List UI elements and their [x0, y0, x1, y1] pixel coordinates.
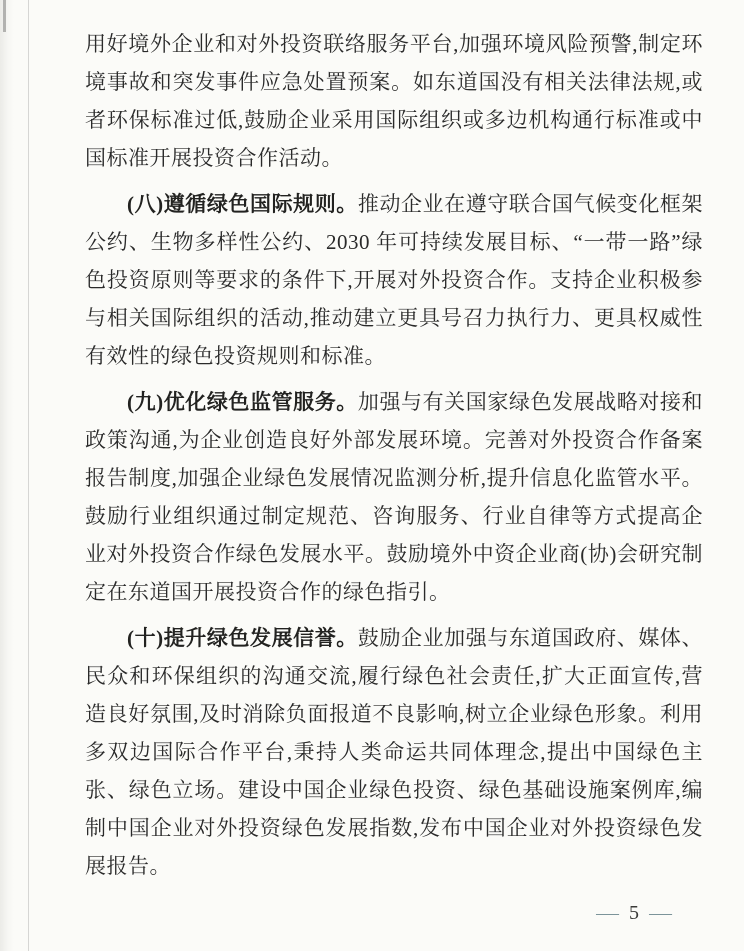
- scan-corner-artifact: [3, 0, 6, 32]
- clause-10-heading: (十)提升绿色发展信誉。: [127, 626, 358, 650]
- paragraph-text: 推动企业在遵守联合国气候变化框架公约、生物多样性公约、2030 年可持续发展目标…: [85, 192, 703, 368]
- paragraph-text: 用好境外企业和对外投资联络服务平台,加强环境风险预警,制定环境事故和突发事件应急…: [85, 32, 703, 170]
- document-body: 用好境外企业和对外投资联络服务平台,加强环境风险预警,制定环境事故和突发事件应急…: [85, 25, 703, 885]
- clause-9-heading: (九)优化绿色监管服务。: [127, 390, 358, 414]
- scan-left-edge-shading: [0, 0, 14, 951]
- footer-dash-left: —: [596, 904, 619, 923]
- clause-8-heading: (八)遵循绿色国际规则。: [127, 192, 358, 216]
- scan-fold-line: [28, 0, 29, 951]
- page-footer: — 5 —: [598, 903, 670, 923]
- paragraph-text: 加强与有关国家绿色发展战略对接和政策沟通,为企业创造良好外部发展环境。完善对外投…: [85, 390, 703, 604]
- paragraph-clause-8: (八)遵循绿色国际规则。推动企业在遵守联合国气候变化框架公约、生物多样性公约、2…: [85, 185, 703, 375]
- paragraph-clause-9: (九)优化绿色监管服务。加强与有关国家绿色发展战略对接和政策沟通,为企业创造良好…: [85, 383, 703, 611]
- page-number: 5: [629, 903, 639, 923]
- footer-dash-right: —: [649, 904, 672, 923]
- paragraph-continuation: 用好境外企业和对外投资联络服务平台,加强环境风险预警,制定环境事故和突发事件应急…: [85, 25, 703, 177]
- paragraph-text: 鼓励企业加强与东道国政府、媒体、民众和环保组织的沟通交流,履行绿色社会责任,扩大…: [85, 626, 703, 878]
- paragraph-clause-10: (十)提升绿色发展信誉。鼓励企业加强与东道国政府、媒体、民众和环保组织的沟通交流…: [85, 619, 703, 885]
- scanned-document-page: 用好境外企业和对外投资联络服务平台,加强环境风险预警,制定环境事故和突发事件应急…: [0, 0, 744, 951]
